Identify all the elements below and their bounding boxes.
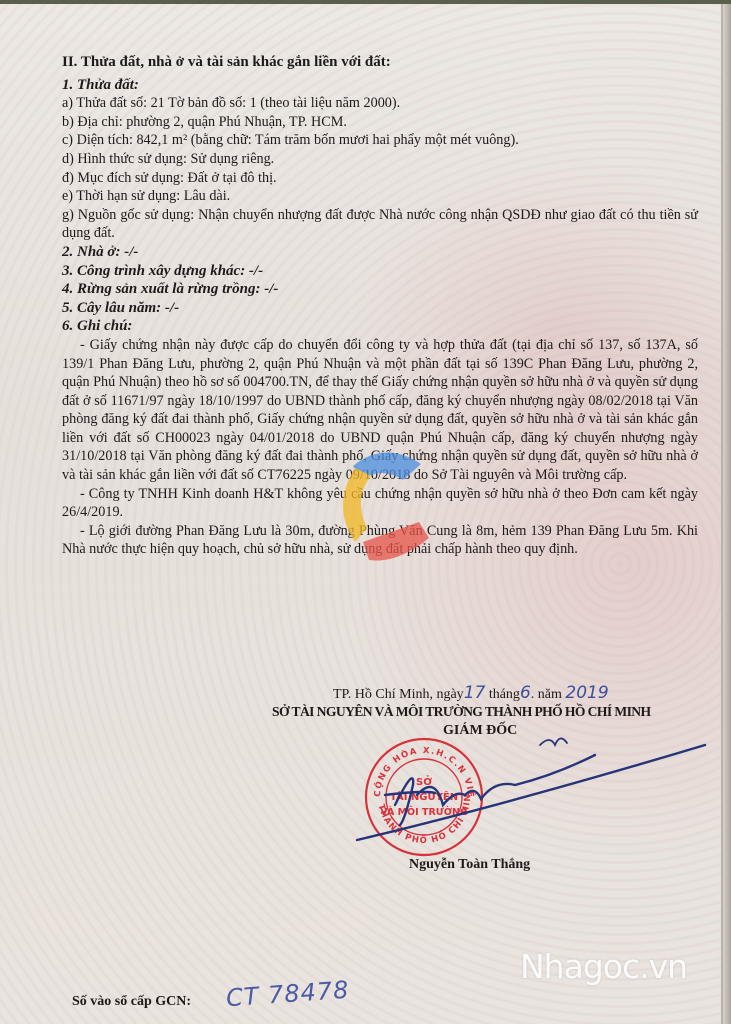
house-item: 2. Nhà ở: -/- <box>62 243 698 262</box>
land-address: b) Địa chỉ: phường 2, quận Phú Nhuận, TP… <box>62 113 698 132</box>
page-edge <box>723 4 731 1024</box>
date-year-label: . năm <box>531 687 562 702</box>
watermark-brand: Nhagoc.vn <box>520 947 687 986</box>
land-area: c) Diện tích: 842,1 m² (bằng chữ: Tám tr… <box>62 131 698 150</box>
issuing-department: SỞ TÀI NGUYÊN VÀ MÔI TRƯỜNG THÀNH PHỐ HỒ… <box>272 704 650 720</box>
land-usage-purpose: đ) Mục đích sử dụng: Đất ở tại đô thị. <box>62 169 698 188</box>
section-title: II. Thửa đất, nhà ở và tài sản khác gắn … <box>62 53 698 72</box>
perennial-trees-item: 5. Cây lâu năm: -/- <box>62 299 698 318</box>
land-usage-form: d) Hình thức sử dụng: Sử dụng riêng. <box>62 150 698 169</box>
date-month-label: tháng <box>489 687 520 702</box>
date-prefix: TP. Hồ Chí Minh, ngày <box>333 687 464 702</box>
signer-name: Nguyễn Toàn Thắng <box>409 857 530 873</box>
handwritten-signature-icon <box>355 735 715 865</box>
date-day: 17 <box>464 683 486 703</box>
land-usage-term: e) Thời hạn sử dụng: Lâu dài. <box>62 187 698 206</box>
watermark-logo-icon <box>325 446 435 571</box>
date-month: 6 <box>520 683 531 703</box>
land-plot-number: a) Thửa đất số: 21 Tờ bản đồ số: 1 (theo… <box>62 94 698 113</box>
notes-heading: 6. Ghi chú: <box>62 317 698 336</box>
land-origin: g) Nguồn gốc sử dụng: Nhận chuyển nhượng… <box>62 206 698 243</box>
registry-label: Số vào sổ cấp GCN: <box>72 994 191 1010</box>
plantation-forest-item: 4. Rừng sản xuất là rừng trồng: -/- <box>62 280 698 299</box>
other-construction-item: 3. Công trình xây dựng khác: -/- <box>62 262 698 281</box>
date-year: 2019 <box>565 683 608 703</box>
land-heading: 1. Thửa đất: <box>62 76 698 95</box>
issue-date: TP. Hồ Chí Minh, ngày17 tháng6. năm 2019 <box>333 683 609 703</box>
